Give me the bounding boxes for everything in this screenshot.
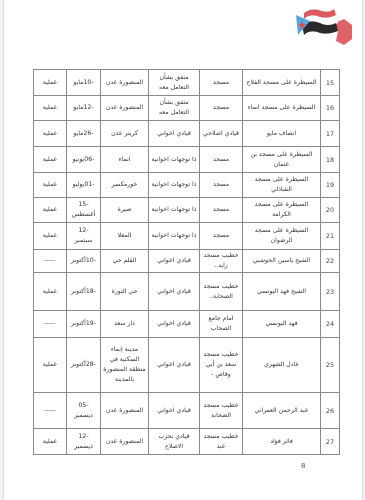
cell-location: القلم حي: [101, 250, 149, 273]
cell-location: المعلا: [101, 223, 149, 250]
page-number: 8: [301, 462, 305, 470]
table-row: 25عادل الشهريخطيب مسجد سعد بن أبي وقاص -…: [34, 338, 340, 393]
cell-location: كريتر عدن: [101, 121, 149, 147]
cell-target: السيطرة على مسجد بن عثمان: [243, 147, 321, 173]
table-row: 16السيطرة على مسجد انماءمسجدمتفق بشأن ال…: [34, 96, 340, 121]
table-row: 26عبد الرحمن العمرانيخطيب مسجد الصحابةقي…: [34, 393, 340, 429]
cell-type: عملية: [34, 223, 67, 250]
data-table: 15السيطرة على مسجد الفلاحمسجدمتفق بشأن ا…: [33, 69, 340, 455]
cell-date: -18أكتوبر: [67, 273, 101, 311]
cell-num: 21: [321, 223, 340, 250]
cell-affiliation: ذا توجهات اخوانية: [149, 198, 200, 223]
table-row: 15السيطرة على مسجد الفلاحمسجدمتفق بشأن ا…: [34, 70, 340, 96]
cell-type: عملية: [34, 70, 67, 96]
cell-date: -15 أغسطس: [67, 198, 101, 223]
cell-affiliation: ذا توجهات اخوانية: [149, 173, 200, 198]
table-row: 20السيطرة على مسجد الكرامةمسجدذا توجهات …: [34, 198, 340, 223]
cell-target: السيطرة على مسجد الشاذلي: [243, 173, 321, 198]
flag-emblem-icon: [294, 5, 356, 47]
cell-date: -19أكتوبر: [67, 311, 101, 338]
cell-affiliation: قيادي اخواني: [149, 393, 200, 429]
cell-num: 18: [321, 147, 340, 173]
cell-num: 27: [321, 429, 340, 455]
document-page: 15السيطرة على مسجد الفلاحمسجدمتفق بشأن ا…: [3, 0, 363, 500]
cell-type: عملية: [34, 338, 67, 393]
cell-role: مسجد: [200, 147, 243, 173]
cell-type: -----: [34, 311, 67, 338]
cell-type: عملية: [34, 429, 67, 455]
cell-num: 26: [321, 393, 340, 429]
cell-target: فهد اليونسي: [243, 311, 321, 338]
cell-role: خطيب مسجد زايد..: [200, 250, 243, 273]
table-row: 21السيطرة على مسجد الرضوانمسجدذا توجهات …: [34, 223, 340, 250]
cell-role: امام جامع الصحاب: [200, 311, 243, 338]
cell-target: عبد الرحمن العمراني: [243, 393, 321, 429]
table-row: 24فهد اليونسيامام جامع الصحابقيادي اخوان…: [34, 311, 340, 338]
cell-location: صيرة: [101, 198, 149, 223]
cell-location: خورمكسر: [101, 173, 149, 198]
cell-date: -12مايو: [67, 96, 101, 121]
cell-target: عادل الشهري: [243, 338, 321, 393]
table-row: 27فائز فؤادخطيب مسجد عبدقيادي بحزب الاصل…: [34, 429, 340, 455]
cell-date: -10أكتوبر: [67, 250, 101, 273]
cell-target: فائز فؤاد: [243, 429, 321, 455]
cell-location: المنصورة عدن: [101, 393, 149, 429]
cell-num: 16: [321, 96, 340, 121]
cell-type: عملية: [34, 147, 67, 173]
cell-num: 22: [321, 250, 340, 273]
cell-type: عملية: [34, 121, 67, 147]
cell-affiliation: متفق بشأن التعامل معه: [149, 70, 200, 96]
cell-affiliation: قيادي بحزب الاصلاح: [149, 429, 200, 455]
cell-date: -12 ديسمبر: [67, 429, 101, 455]
cell-affiliation: قيادي اخواني: [149, 250, 200, 273]
cell-date: -10مايو: [67, 70, 101, 96]
cell-location: المنصورة عدن: [101, 429, 149, 455]
cell-affiliation: ذا توجهات اخوانية: [149, 147, 200, 173]
cell-num: 23: [321, 273, 340, 311]
cell-num: 19: [321, 173, 340, 198]
cell-location: انماء: [101, 147, 149, 173]
cell-role: مسجد: [200, 70, 243, 96]
table-row: 23الشيخ فهد اليونسيخطيب مسجد الصحابة..قي…: [34, 273, 340, 311]
cell-role: خطيب مسجد عبد: [200, 429, 243, 455]
cell-target: السيطرة على مسجد الفلاح: [243, 70, 321, 96]
table-row: 22الشيخ ياسين الحوشبيخطيب مسجد زايد..قيا…: [34, 250, 340, 273]
cell-location: المنصورة عدن: [101, 70, 149, 96]
cell-type: عملية: [34, 273, 67, 311]
cell-date: -06يونيو: [67, 147, 101, 173]
cell-affiliation: ذا توجهات اخوانية: [149, 223, 200, 250]
cell-target: انصاف مايو: [243, 121, 321, 147]
cell-num: 24: [321, 311, 340, 338]
cell-num: 25: [321, 338, 340, 393]
cell-affiliation: قيادي اخواني: [149, 311, 200, 338]
cell-target: الشيخ فهد اليونسي: [243, 273, 321, 311]
cell-location: المنصورة عدن: [101, 96, 149, 121]
cell-location: دار سعد: [101, 311, 149, 338]
cell-role: خطيب مسجد سعد بن أبي وقاص -: [200, 338, 243, 393]
cell-affiliation: قيادي اخواني: [149, 121, 200, 147]
cell-role: خطيب مسجد الصحابة..: [200, 273, 243, 311]
cell-date: -28أكتوبر: [67, 338, 101, 393]
table-row: 17انصاف مايوقيادي اصلاحيقيادي اخوانيكريت…: [34, 121, 340, 147]
cell-date: -26مايو: [67, 121, 101, 147]
cell-role: مسجد: [200, 198, 243, 223]
cell-location: مدينة إنماء السكنية في منطقة المنصورة با…: [101, 338, 149, 393]
table-row: 19السيطرة على مسجد الشاذليمسجدذا توجهات …: [34, 173, 340, 198]
cell-type: -----: [34, 250, 67, 273]
cell-role: مسجد: [200, 173, 243, 198]
cell-date: -05 ديسمبر: [67, 393, 101, 429]
cell-role: مسجد: [200, 223, 243, 250]
cell-affiliation: متفق بشأن التعامل معه: [149, 96, 200, 121]
cell-num: 15: [321, 70, 340, 96]
cell-location: حي الثورة: [101, 273, 149, 311]
cell-target: السيطرة على مسجد الرضوان: [243, 223, 321, 250]
cell-affiliation: قيادي اخواني: [149, 273, 200, 311]
cell-type: -----: [34, 393, 67, 429]
cell-target: السيطرة على مسجد الكرامة: [243, 198, 321, 223]
cell-role: قيادي اصلاحي: [200, 121, 243, 147]
cell-target: السيطرة على مسجد انماء: [243, 96, 321, 121]
cell-role: مسجد: [200, 96, 243, 121]
cell-num: 17: [321, 121, 340, 147]
cell-target: الشيخ ياسين الحوشبي: [243, 250, 321, 273]
cell-affiliation: قيادي اخواني: [149, 338, 200, 393]
cell-date: -12 سبتمبر: [67, 223, 101, 250]
cell-num: 20: [321, 198, 340, 223]
cell-type: عملية: [34, 96, 67, 121]
cell-type: عملية: [34, 173, 67, 198]
table-row: 18السيطرة على مسجد بن عثمانمسجدذا توجهات…: [34, 147, 340, 173]
cell-role: خطيب مسجد الصحابة: [200, 393, 243, 429]
cell-date: -01يوليو: [67, 173, 101, 198]
cell-type: عملية: [34, 198, 67, 223]
